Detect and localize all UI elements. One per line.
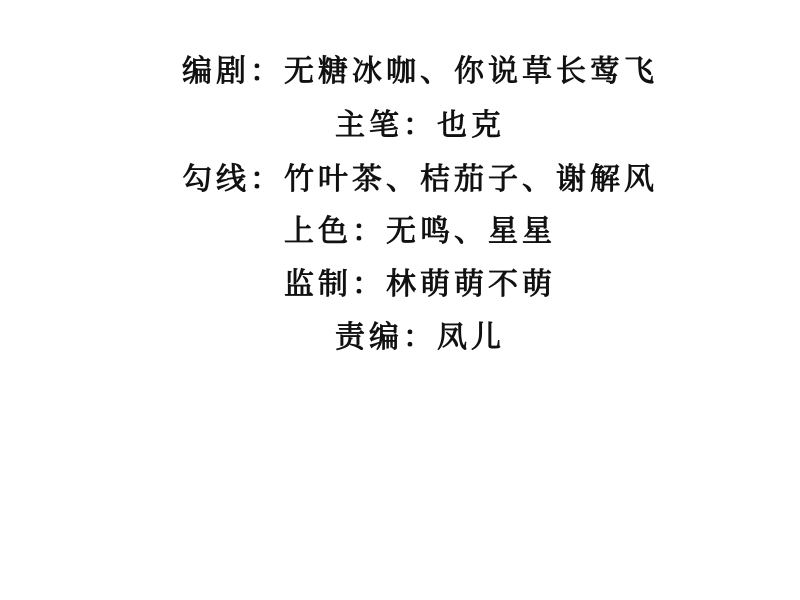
credit-separator: ： (352, 267, 386, 302)
credit-line-screenwriter: 编剧：无糖冰咖、你说草长莺飞 (20, 54, 800, 90)
credit-role: 责编 (335, 320, 403, 355)
credit-line-editor: 责编：凤儿 (20, 320, 800, 356)
credit-role: 主笔 (335, 108, 403, 143)
credit-role: 勾线 (182, 162, 250, 197)
credit-names: 凤儿 (437, 320, 505, 355)
credit-separator: ： (403, 320, 437, 355)
credit-line-lineart: 勾线：竹叶茶、桔茄子、谢解风 (20, 162, 800, 198)
credit-names: 竹叶茶、桔茄子、谢解风 (284, 162, 658, 197)
credit-separator: ： (352, 214, 386, 249)
credit-role: 监制 (284, 267, 352, 302)
credit-line-lead-artist: 主笔：也克 (20, 108, 800, 144)
credit-names: 也克 (437, 108, 505, 143)
credit-separator: ： (250, 162, 284, 197)
credit-role: 编剧 (182, 54, 250, 89)
credit-names: 无糖冰咖、你说草长莺飞 (284, 54, 658, 89)
credit-names: 林萌萌不萌 (386, 267, 556, 302)
credit-line-producer: 监制：林萌萌不萌 (20, 267, 800, 303)
credit-separator: ： (250, 54, 284, 89)
credit-separator: ： (403, 108, 437, 143)
credits-page: 编剧：无糖冰咖、你说草长莺飞 主笔：也克 勾线：竹叶茶、桔茄子、谢解风 上色：无… (0, 0, 800, 600)
credit-names: 无鸣、星星 (386, 214, 556, 249)
credit-line-coloring: 上色：无鸣、星星 (20, 214, 800, 250)
credit-role: 上色 (284, 214, 352, 249)
